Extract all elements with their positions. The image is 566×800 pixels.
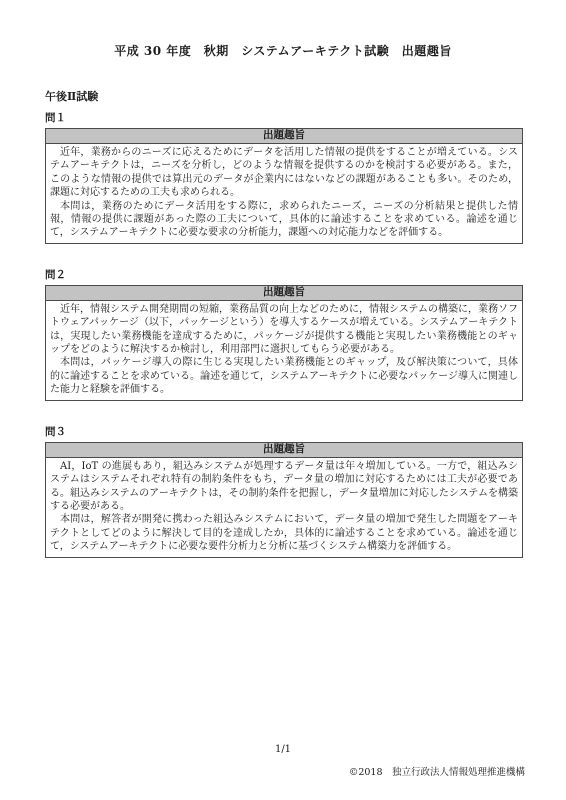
- question-3-label: 問３: [45, 424, 523, 439]
- question-1-paragraph-1: 近年，業務からのニーズに応えるためにデータを活用した情報の提供をすることが増えて…: [50, 146, 518, 200]
- question-2-box-header: 出題趣旨: [46, 286, 522, 301]
- question-1-box: 出題趣旨 近年，業務からのニーズに応えるためにデータを活用した情報の提供をするこ…: [45, 128, 523, 244]
- copyright-notice: ©2018 独立行政法人情報処理推進機構: [349, 764, 525, 778]
- question-block-2: 問２ 出題趣旨 近年，情報システム開発期間の短縮，業務品質の向上などのために，情…: [45, 267, 523, 401]
- question-3-paragraph-2: 本問は，解答者が開発に携わった組込みシステムにおいて，データ量の増加で発生した問…: [50, 513, 518, 553]
- question-2-label: 問２: [45, 267, 523, 282]
- question-2-paragraph-1: 近年，情報システム開発期間の短縮，業務品質の向上などのために，情報システムの構築…: [50, 303, 518, 357]
- question-1-box-header: 出題趣旨: [46, 129, 522, 144]
- question-1-label: 問１: [45, 110, 523, 125]
- question-2-box: 出題趣旨 近年，情報システム開発期間の短縮，業務品質の向上などのために，情報シス…: [45, 285, 523, 401]
- question-block-1: 問１ 出題趣旨 近年，業務からのニーズに応えるためにデータを活用した情報の提供を…: [45, 110, 523, 244]
- question-block-3: 問３ 出題趣旨 AI，IoT の進展もあり，組込みシステムが処理するデータ量は年…: [45, 424, 523, 558]
- document-title: 平成 30 年度 秋期 システムアーキテクト試験 出題趣旨: [0, 0, 566, 59]
- page-number: 1/1: [0, 744, 566, 755]
- question-2-paragraph-2: 本問は，パッケージ導入の際に生じる実現したい業務機能とのギャップ，及び解決策につ…: [50, 356, 518, 396]
- session-heading: 午後Ⅱ試験: [45, 88, 523, 104]
- question-3-paragraph-1: AI，IoT の進展もあり，組込みシステムが処理するデータ量は年々増加している。…: [50, 460, 518, 514]
- document-content: 午後Ⅱ試験 問１ 出題趣旨 近年，業務からのニーズに応えるためにデータを活用した…: [45, 88, 523, 558]
- question-1-box-body: 近年，業務からのニーズに応えるためにデータを活用した情報の提供をすることが増えて…: [46, 144, 522, 243]
- question-3-box: 出題趣旨 AI，IoT の進展もあり，組込みシステムが処理するデータ量は年々増加…: [45, 442, 523, 558]
- question-3-box-body: AI，IoT の進展もあり，組込みシステムが処理するデータ量は年々増加している。…: [46, 458, 522, 557]
- question-3-box-header: 出題趣旨: [46, 443, 522, 458]
- question-1-paragraph-2: 本問は，業務のためにデータ活用をする際に，求められたニーズ，ニーズの分析結果と提…: [50, 200, 518, 240]
- question-2-box-body: 近年，情報システム開発期間の短縮，業務品質の向上などのために，情報システムの構築…: [46, 301, 522, 400]
- document-page: 平成 30 年度 秋期 システムアーキテクト試験 出題趣旨 午後Ⅱ試験 問１ 出…: [0, 0, 566, 800]
